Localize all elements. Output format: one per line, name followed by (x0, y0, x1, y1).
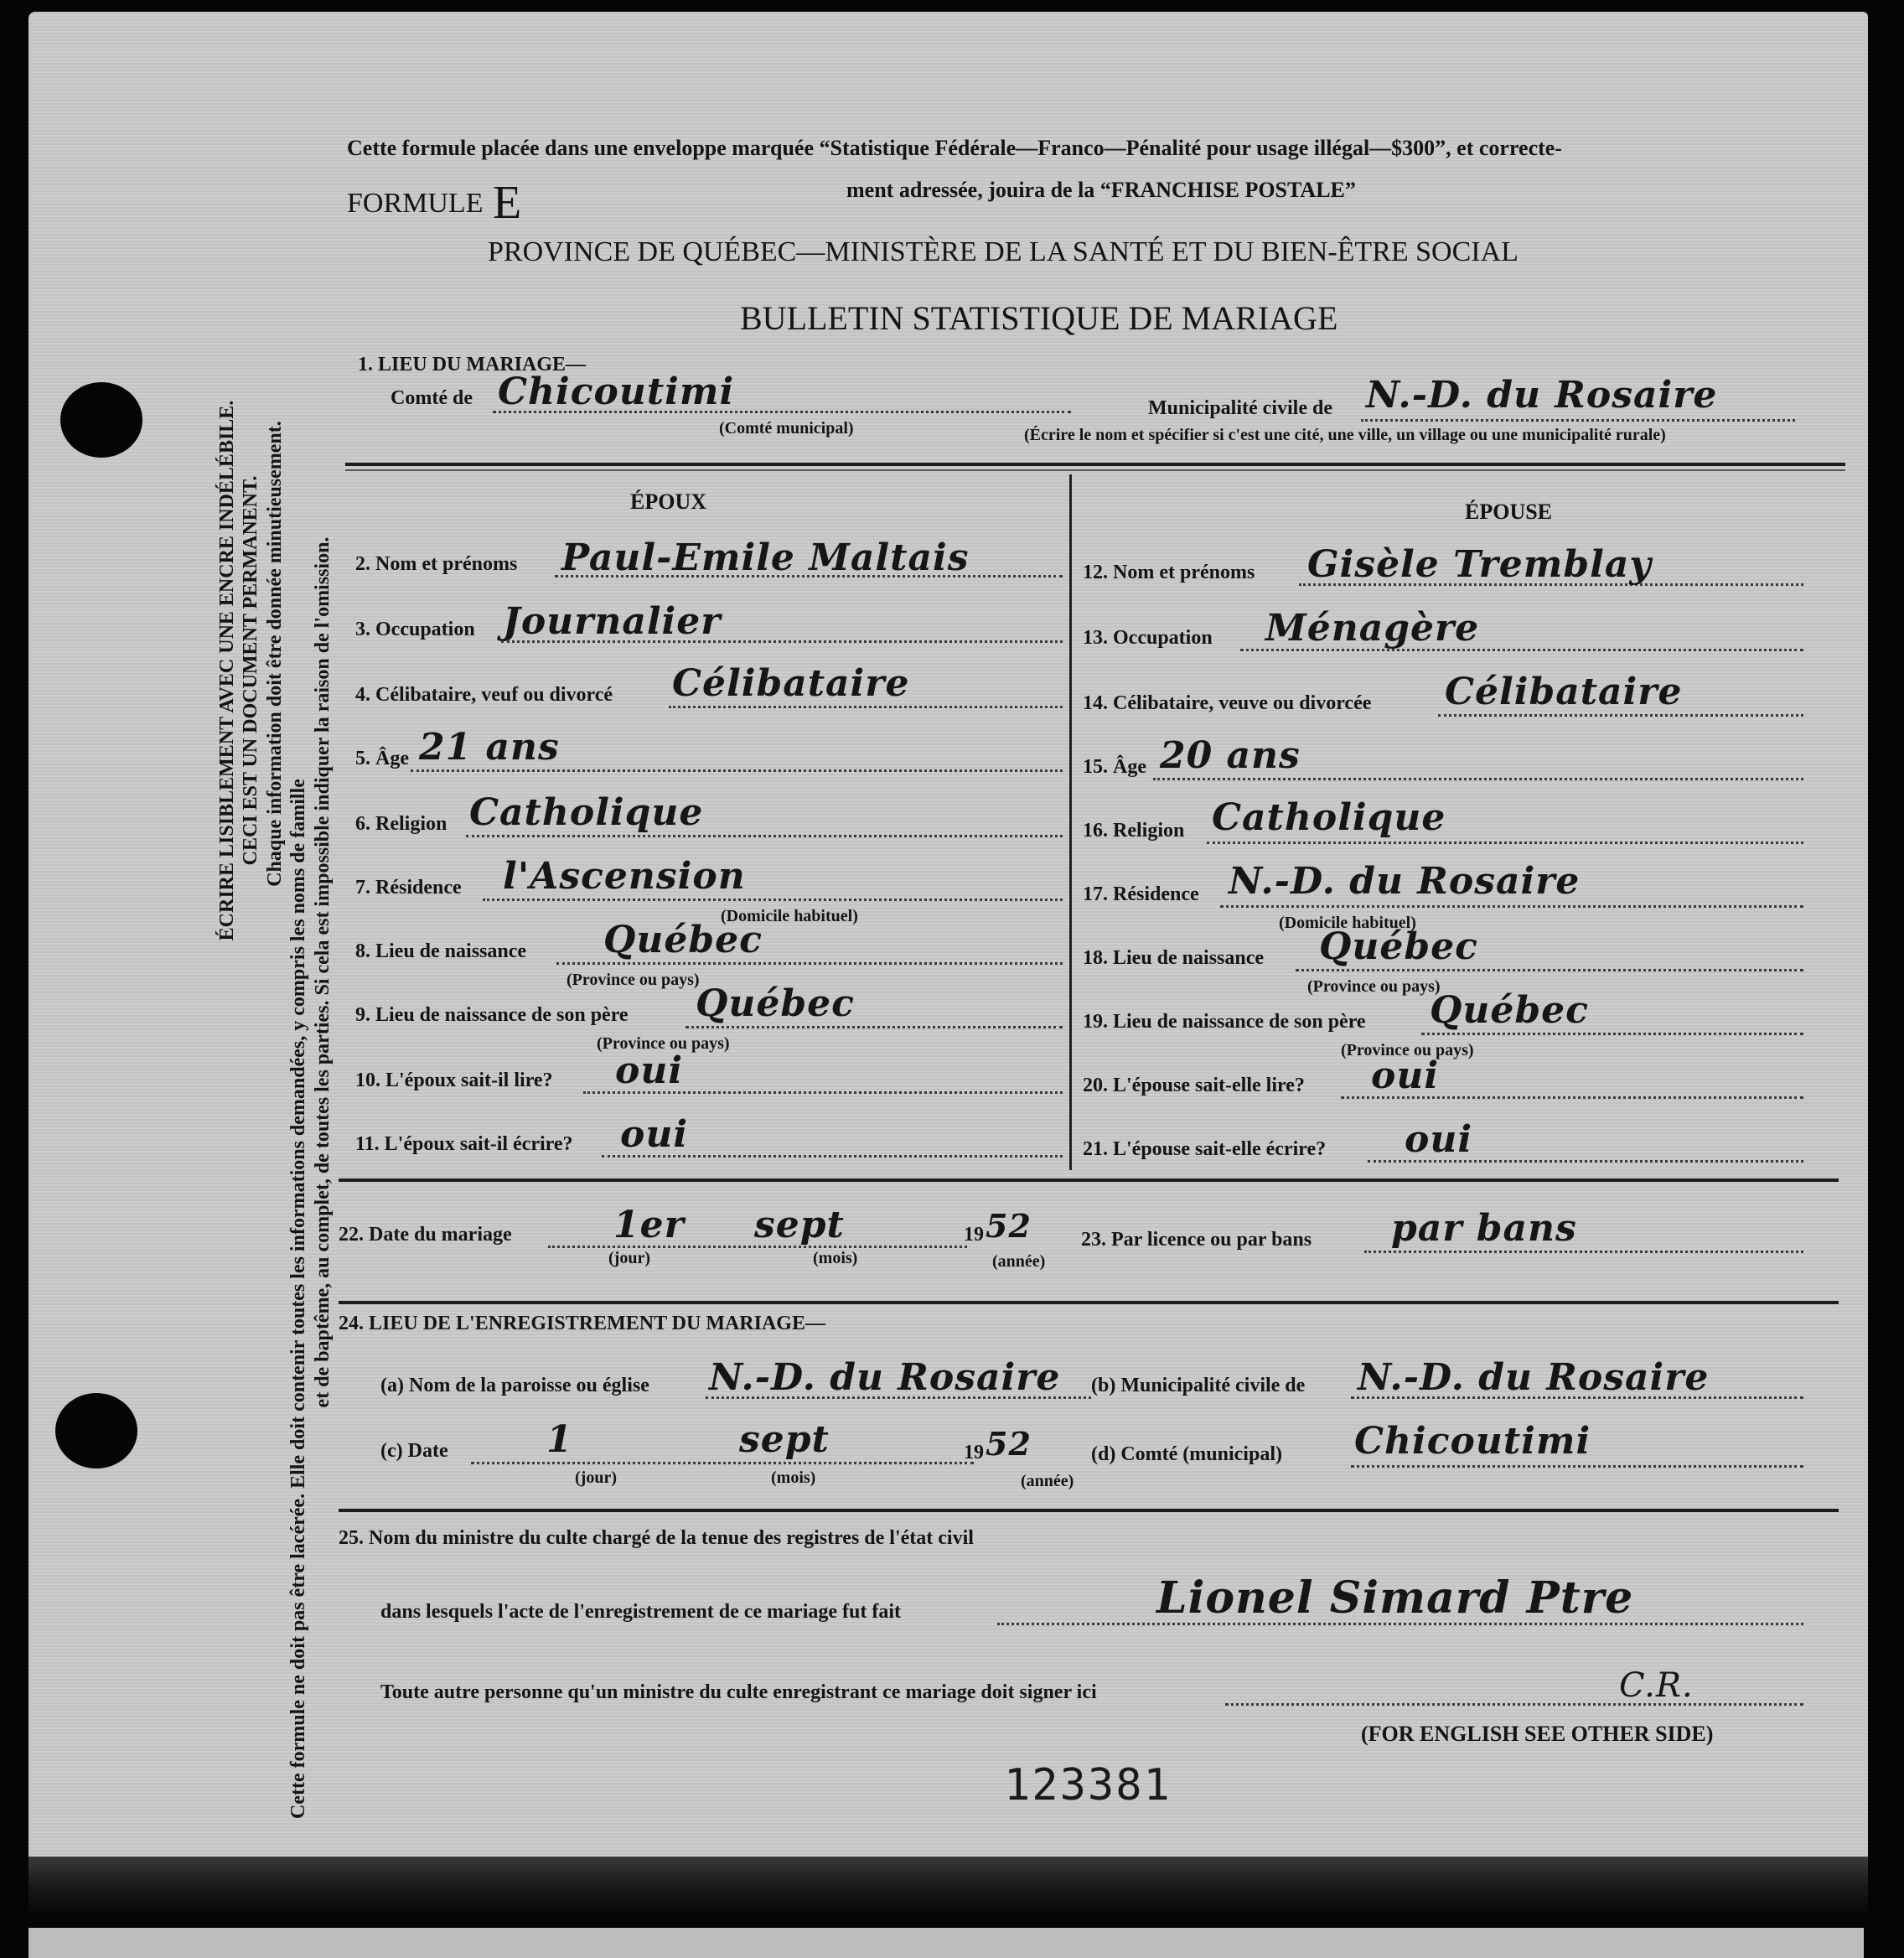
field-label: 4. Célibataire, veuf ou divorcé (355, 684, 613, 707)
municipalite-dotline (1361, 419, 1795, 422)
field-label: 9. Lieu de naissance de son père (355, 1004, 629, 1027)
divider-top (345, 463, 1845, 466)
epouse-heading: ÉPOUSE (1465, 500, 1552, 525)
next-page-edge (28, 1928, 1864, 1958)
field-value: 20 ans (1160, 734, 1301, 777)
registration-date-label: (c) Date (380, 1440, 448, 1463)
field-caption: (Province ou pays) (1307, 977, 1441, 997)
marriage-day: 1er (613, 1204, 685, 1246)
field-value: Catholique (469, 791, 703, 834)
registration-month: sept (739, 1418, 830, 1461)
comte-label: Comté de (391, 387, 473, 410)
formule-letter: E (493, 176, 521, 230)
field-value: Québec (696, 982, 855, 1025)
postal-notice-line2: ment adressée, jouira de la “FRANCHISE P… (846, 178, 1356, 203)
field-dotline (1296, 969, 1803, 971)
field-value: Paul-Emile Maltais (561, 536, 969, 579)
caption-year: (année) (1021, 1472, 1074, 1491)
paroisse-value: N.-D. du Rosaire (709, 1356, 1060, 1399)
other-signatory-value: C.R. (1619, 1666, 1694, 1705)
field-dotline (1421, 1033, 1803, 1035)
field-value: Célibataire (1445, 671, 1682, 713)
field-value: Journalier (503, 600, 721, 643)
divider-bottom (339, 1509, 1839, 1512)
side-instruction-1: ÉCRIRE LISIBLEMENT AVEC UNE ENCRE INDÉLÉ… (216, 243, 239, 1098)
field-label: 11. L'époux sait-il écrire? (355, 1133, 573, 1156)
comte-caption: (Comté municipal) (719, 419, 854, 438)
serial-number: 123381 (1004, 1760, 1172, 1810)
paroisse-label: (a) Nom de la paroisse ou église (380, 1375, 649, 1397)
licence-label: 23. Par licence ou par bans (1081, 1229, 1312, 1251)
field-label: 2. Nom et prénoms (355, 553, 517, 576)
field-dotline (483, 899, 1063, 901)
field-label: 18. Lieu de naissance (1083, 947, 1264, 970)
licence-value: par bans (1391, 1207, 1577, 1250)
caption-month: (mois) (813, 1249, 857, 1268)
field-caption: (Province ou pays) (567, 971, 700, 990)
registration-date-dotline (471, 1462, 974, 1464)
field-value: Gisèle Tremblay (1307, 543, 1652, 586)
other-signatory-dotline (1225, 1703, 1803, 1706)
field-label: 10. L'époux sait-il lire? (355, 1070, 553, 1092)
ministry-heading: PROVINCE DE QUÉBEC—MINISTÈRE DE LA SANTÉ… (488, 236, 1519, 268)
field-dotline (686, 1026, 1063, 1028)
epoux-heading: ÉPOUX (630, 489, 706, 515)
field-label: 14. Célibataire, veuve ou divorcée (1083, 692, 1371, 715)
divider-top-double (345, 469, 1845, 471)
field-label: 3. Occupation (355, 619, 475, 641)
caption-day: (jour) (575, 1468, 617, 1488)
registration-comte-label: (d) Comté (municipal) (1091, 1443, 1282, 1466)
field-dotline (556, 962, 1063, 965)
field-value: Ménagère (1265, 607, 1479, 650)
field-label: 7. Résidence (355, 877, 462, 899)
form-title: BULLETIN STATISTIQUE DE MARIAGE (740, 298, 1337, 338)
field-dotline (669, 706, 1063, 708)
registration-year-suffix: 52 (986, 1425, 1032, 1463)
licence-dotline (1364, 1251, 1803, 1253)
municipalite-label: Municipalité civile de (1148, 397, 1332, 420)
english-note: (FOR ENGLISH SEE OTHER SIDE) (1361, 1722, 1713, 1747)
municipalite-caption: (Écrire le nom et spécifier si c'est une… (1024, 426, 1666, 445)
field-value: Québec (1319, 925, 1478, 968)
field-label: 21. L'épouse sait-elle écrire? (1083, 1138, 1326, 1161)
other-signatory-label: Toute autre personne qu'un ministre du c… (380, 1681, 1097, 1704)
registration-municipalite-label: (b) Municipalité civile de (1091, 1375, 1305, 1397)
column-divider (1069, 474, 1072, 1170)
field-value: oui (620, 1113, 688, 1156)
field-label: 6. Religion (355, 813, 447, 836)
field-label: 8. Lieu de naissance (355, 940, 526, 963)
minister-label-line2: dans lesquels l'acte de l'enregistrement… (380, 1601, 901, 1624)
registration-comte-dotline (1351, 1465, 1803, 1468)
field-label: 17. Résidence (1083, 883, 1199, 906)
side-instruction-4: Cette formule ne doit pas être lacérée. … (287, 84, 310, 1819)
side-instruction-2: CECI EST UN DOCUMENT PERMANENT. (240, 352, 262, 989)
field-label: 5. Âge (355, 748, 409, 770)
marriage-year-suffix: 52 (986, 1207, 1032, 1245)
postal-notice-line1: Cette formule placée dans une enveloppe … (347, 136, 1562, 161)
field-dotline (466, 835, 1063, 837)
page-curl-shadow (28, 1857, 1868, 1915)
formule-label: FORMULE (347, 188, 483, 220)
field-value: oui (1405, 1118, 1472, 1161)
field-label: 16. Religion (1083, 820, 1184, 842)
registration-municipalite-value: N.-D. du Rosaire (1358, 1356, 1709, 1399)
field-value: Catholique (1212, 796, 1446, 839)
caption-month: (mois) (771, 1468, 815, 1488)
field-value: Célibataire (672, 662, 909, 705)
caption-year: (année) (992, 1252, 1045, 1272)
field-dotline (1438, 714, 1803, 717)
minister-signature: Lionel Simard Ptre (1156, 1572, 1633, 1624)
registration-year-prefix: 19 (964, 1442, 984, 1464)
marriage-month: sept (754, 1204, 845, 1246)
divider-lower (339, 1301, 1839, 1304)
registration-heading: 24. LIEU DE L'ENREGISTREMENT DU MARIAGE— (339, 1313, 825, 1335)
punch-hole-bottom (55, 1393, 137, 1468)
field-value: 21 ans (419, 726, 560, 769)
side-instruction-3: Chaque information doit être donnée minu… (264, 193, 287, 1115)
municipalite-value: N.-D. du Rosaire (1366, 374, 1717, 417)
registration-comte-value: Chicoutimi (1354, 1420, 1591, 1463)
field-dotline (1207, 842, 1803, 844)
field-label: 20. L'épouse sait-elle lire? (1083, 1075, 1305, 1097)
field-value: Québec (1430, 989, 1589, 1032)
comte-value: Chicoutimi (498, 370, 734, 413)
side-instruction-5: et de baptême, au complet, de toutes les… (312, 126, 334, 1819)
marriage-year-prefix: 19 (964, 1224, 984, 1246)
field-value: N.-D. du Rosaire (1229, 860, 1580, 903)
minister-label-line1: 25. Nom du ministre du culte chargé de l… (339, 1527, 974, 1550)
punch-hole-top (60, 382, 142, 458)
registration-day: 1 (546, 1418, 573, 1461)
field-label: 15. Âge (1083, 756, 1146, 779)
caption-day: (jour) (608, 1249, 650, 1268)
field-label: 19. Lieu de naissance de son père (1083, 1011, 1366, 1033)
field-dotline (1220, 905, 1803, 908)
field-dotline (411, 769, 1063, 772)
divider-middle (339, 1178, 1839, 1182)
field-dotline (1153, 778, 1803, 780)
field-value: Québec (603, 919, 763, 961)
marriage-date-label: 22. Date du mariage (339, 1224, 512, 1246)
field-label: 12. Nom et prénoms (1083, 562, 1255, 584)
field-value: oui (615, 1049, 683, 1092)
field-value: oui (1371, 1054, 1439, 1097)
field-value: l'Ascension (503, 855, 746, 898)
field-label: 13. Occupation (1083, 627, 1213, 650)
